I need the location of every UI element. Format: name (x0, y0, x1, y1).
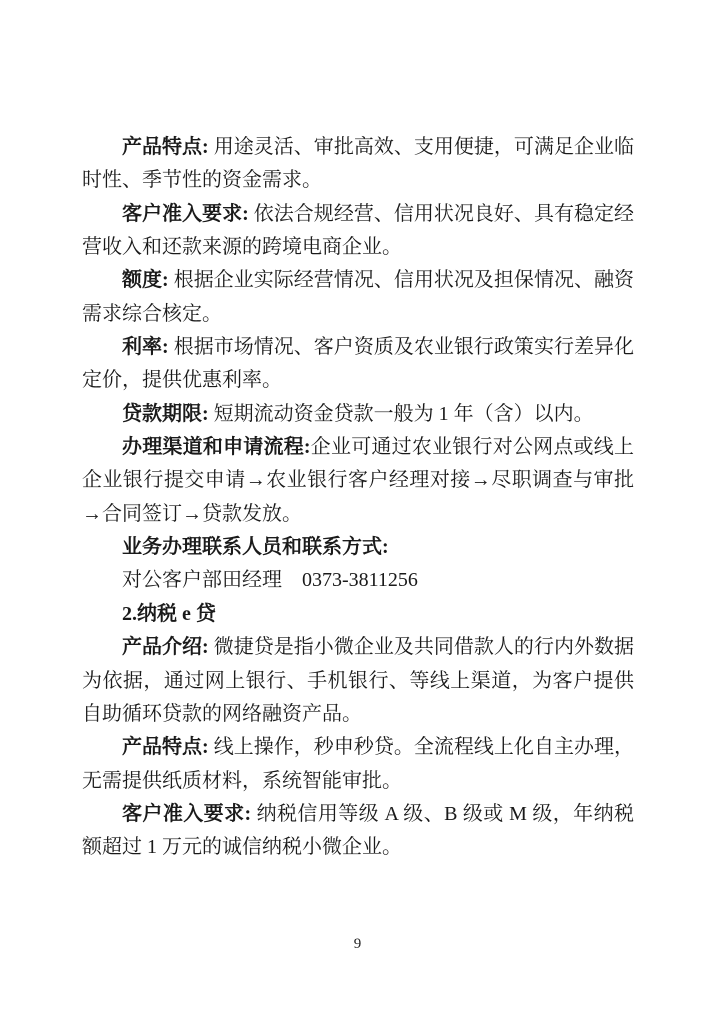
paragraph-label: 利率: (122, 336, 174, 358)
paragraph: 利率: 根据市场情况、客户资质及农业银行政策实行差异化定价，提供优惠利率。 (82, 331, 634, 398)
section-heading: 2.纳税 e 贷 (82, 598, 634, 631)
page-number: 9 (0, 933, 715, 955)
paragraph: 业务办理联系人员和联系方式: (82, 531, 634, 564)
paragraph: 办理渠道和申请流程:企业可通过农业银行对公网点或线上企业银行提交申请→农业银行客… (82, 431, 634, 531)
paragraph-label: 办理渠道和申请流程: (122, 436, 311, 458)
paragraph-label: 产品特点: (122, 736, 214, 758)
paragraph: 贷款期限: 短期流动资金贷款一般为 1 年（含）以内。 (82, 398, 634, 431)
paragraph-text: 对公客户部田经理 0373-3811256 (122, 569, 418, 591)
paragraph-label: 额度: (122, 269, 174, 291)
paragraph-label: 产品介绍: (122, 636, 214, 658)
paragraph-label: 贷款期限: (122, 403, 214, 425)
paragraph: 产品特点: 用途灵活、审批高效、支用便捷，可满足企业临时性、季节性的资金需求。 (82, 131, 634, 198)
document-body: 产品特点: 用途灵活、审批高效、支用便捷，可满足企业临时性、季节性的资金需求。客… (82, 131, 634, 865)
paragraph-label: 客户准入要求: (122, 203, 254, 225)
heading-text: 2.纳税 e 贷 (122, 603, 216, 625)
document-page: 产品特点: 用途灵活、审批高效、支用便捷，可满足企业临时性、季节性的资金需求。客… (0, 0, 715, 1011)
paragraph: 额度: 根据企业实际经营情况、信用状况及担保情况、融资需求综合核定。 (82, 264, 634, 331)
paragraph: 产品介绍: 微捷贷是指小微企业及共同借款人的行内外数据为依据，通过网上银行、手机… (82, 631, 634, 731)
paragraph: 客户准入要求: 依法合规经营、信用状况良好、具有稳定经营收入和还款来源的跨境电商… (82, 198, 634, 265)
paragraph: 客户准入要求: 纳税信用等级 A 级、B 级或 M 级，年纳税额超过 1 万元的… (82, 798, 634, 865)
paragraph-text: 短期流动资金贷款一般为 1 年（含）以内。 (214, 403, 594, 425)
paragraph-label: 客户准入要求: (122, 803, 257, 825)
paragraph: 产品特点: 线上操作，秒申秒贷。全流程线上化自主办理，无需提供纸质材料，系统智能… (82, 731, 634, 798)
paragraph: 对公客户部田经理 0373-3811256 (82, 564, 634, 597)
paragraph-label: 产品特点: (122, 136, 214, 158)
paragraph-text: 业务办理联系人员和联系方式: (122, 536, 389, 558)
